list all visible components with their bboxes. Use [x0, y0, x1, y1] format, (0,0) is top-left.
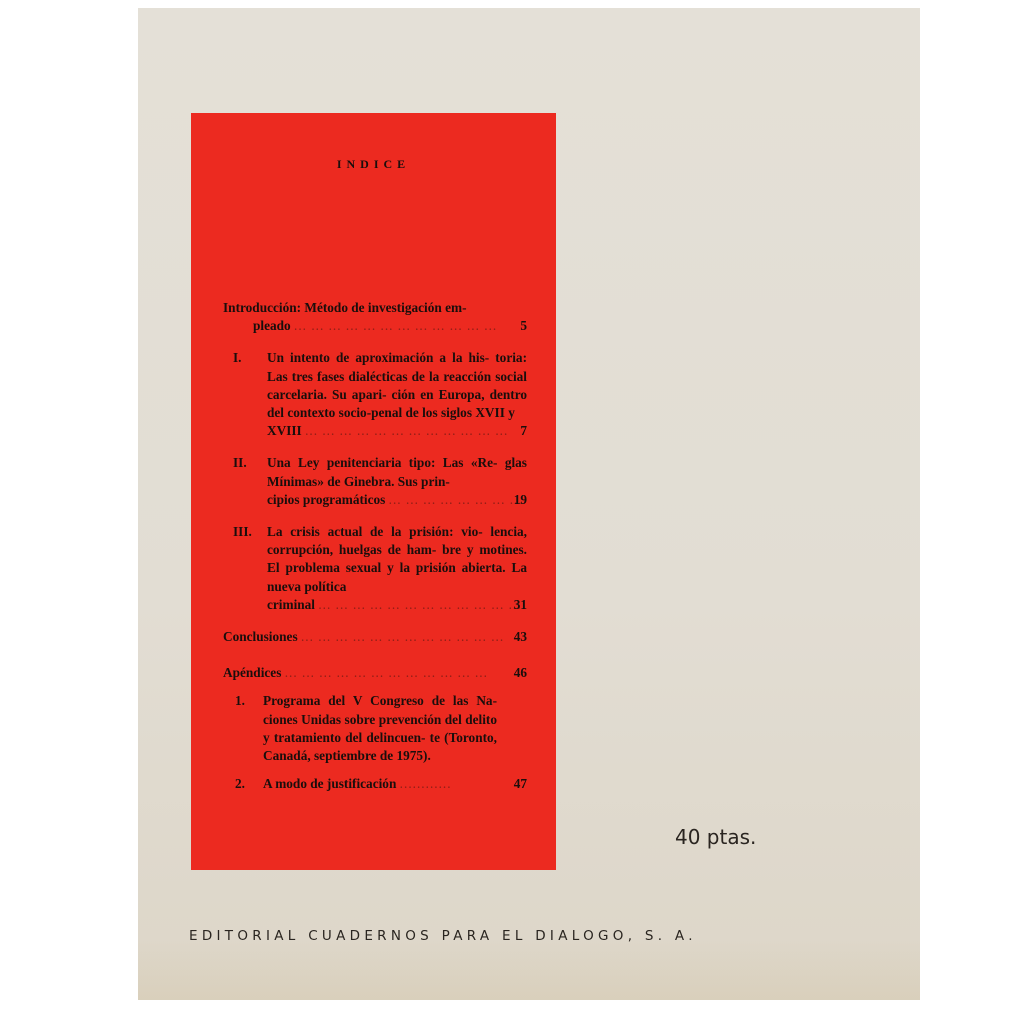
- toc-entry-lead: Conclusiones: [223, 629, 298, 644]
- dot-leader: ............: [400, 776, 452, 791]
- toc-entry-text: Programa del V Congreso de las Na- cione…: [263, 692, 497, 765]
- toc-entry-lead: A modo de justificación: [263, 776, 396, 791]
- toc-entry-text: Una Ley penitenciaria tipo: Las «Re- gla…: [267, 454, 527, 490]
- chapter-number: I.: [233, 349, 242, 367]
- toc-appendix-2: 2. A modo de justificación ............ …: [223, 775, 527, 793]
- dot-leader: ... ... ... ... ... ... ... ... ... ... …: [389, 492, 527, 507]
- chapter-number: II.: [233, 454, 247, 472]
- toc-page-number: 19: [514, 491, 527, 509]
- toc-entry-lead: pleado: [253, 318, 291, 333]
- toc-entry-lead: XVIII: [267, 423, 302, 438]
- toc-page-number: 7: [520, 422, 527, 440]
- toc-entry-text: Introducción: Método de investigación em…: [223, 299, 527, 317]
- toc-title: INDICE: [191, 157, 556, 172]
- publisher-name: EDITORIAL CUADERNOS PARA EL DIALOGO, S. …: [189, 928, 697, 944]
- toc-page-number: 43: [514, 628, 527, 646]
- appendix-number: 1.: [235, 692, 245, 710]
- toc-page-number: 5: [520, 317, 527, 335]
- toc-entry-lead: cipios programáticos: [267, 492, 385, 507]
- toc-page-number: 46: [514, 664, 527, 682]
- toc-page-number: 31: [514, 596, 527, 614]
- appendix-number: 2.: [235, 775, 245, 793]
- toc-entry-text: Un intento de aproximación a la his- tor…: [267, 349, 527, 422]
- toc-entry-chapter-1: I. Un intento de aproximación a la his- …: [223, 349, 527, 440]
- chapter-number: III.: [233, 523, 252, 541]
- toc-appendix-1: 1. Programa del V Congreso de las Na- ci…: [223, 692, 527, 765]
- dot-leader: ... ... ... ... ... ... ... ... ... ... …: [285, 665, 488, 680]
- dot-leader: ... ... ... ... ... ... ... ... ... ... …: [305, 423, 508, 438]
- toc-entry-apendices: Apéndices ... ... ... ... ... ... ... ..…: [223, 664, 527, 682]
- toc-entry-text: La crisis actual de la prisión: vio- len…: [267, 523, 527, 596]
- toc-entry-conclusiones: Conclusiones ... ... ... ... ... ... ...…: [223, 628, 527, 646]
- toc-entry-chapter-3: III. La crisis actual de la prisión: vio…: [223, 523, 527, 614]
- dot-leader: ... ... ... ... ... ... ... ... ... ... …: [301, 629, 504, 644]
- price-label: 40 ptas.: [675, 825, 756, 849]
- dot-leader: ... ... ... ... ... ... ... ... ... ... …: [318, 597, 521, 612]
- toc-entry-lead: Apéndices: [223, 665, 281, 680]
- back-cover: INDICE Introducción: Método de investiga…: [138, 8, 920, 1000]
- toc-entry-introduccion: Introducción: Método de investigación em…: [223, 299, 527, 335]
- table-of-contents-panel: INDICE Introducción: Método de investiga…: [191, 113, 556, 870]
- toc-page-number: 47: [514, 775, 527, 793]
- toc-list: Introducción: Método de investigación em…: [223, 299, 527, 793]
- dot-leader: ... ... ... ... ... ... ... ... ... ... …: [294, 318, 497, 333]
- toc-entry-chapter-2: II. Una Ley penitenciaria tipo: Las «Re-…: [223, 454, 527, 509]
- toc-entry-lead: criminal: [267, 597, 315, 612]
